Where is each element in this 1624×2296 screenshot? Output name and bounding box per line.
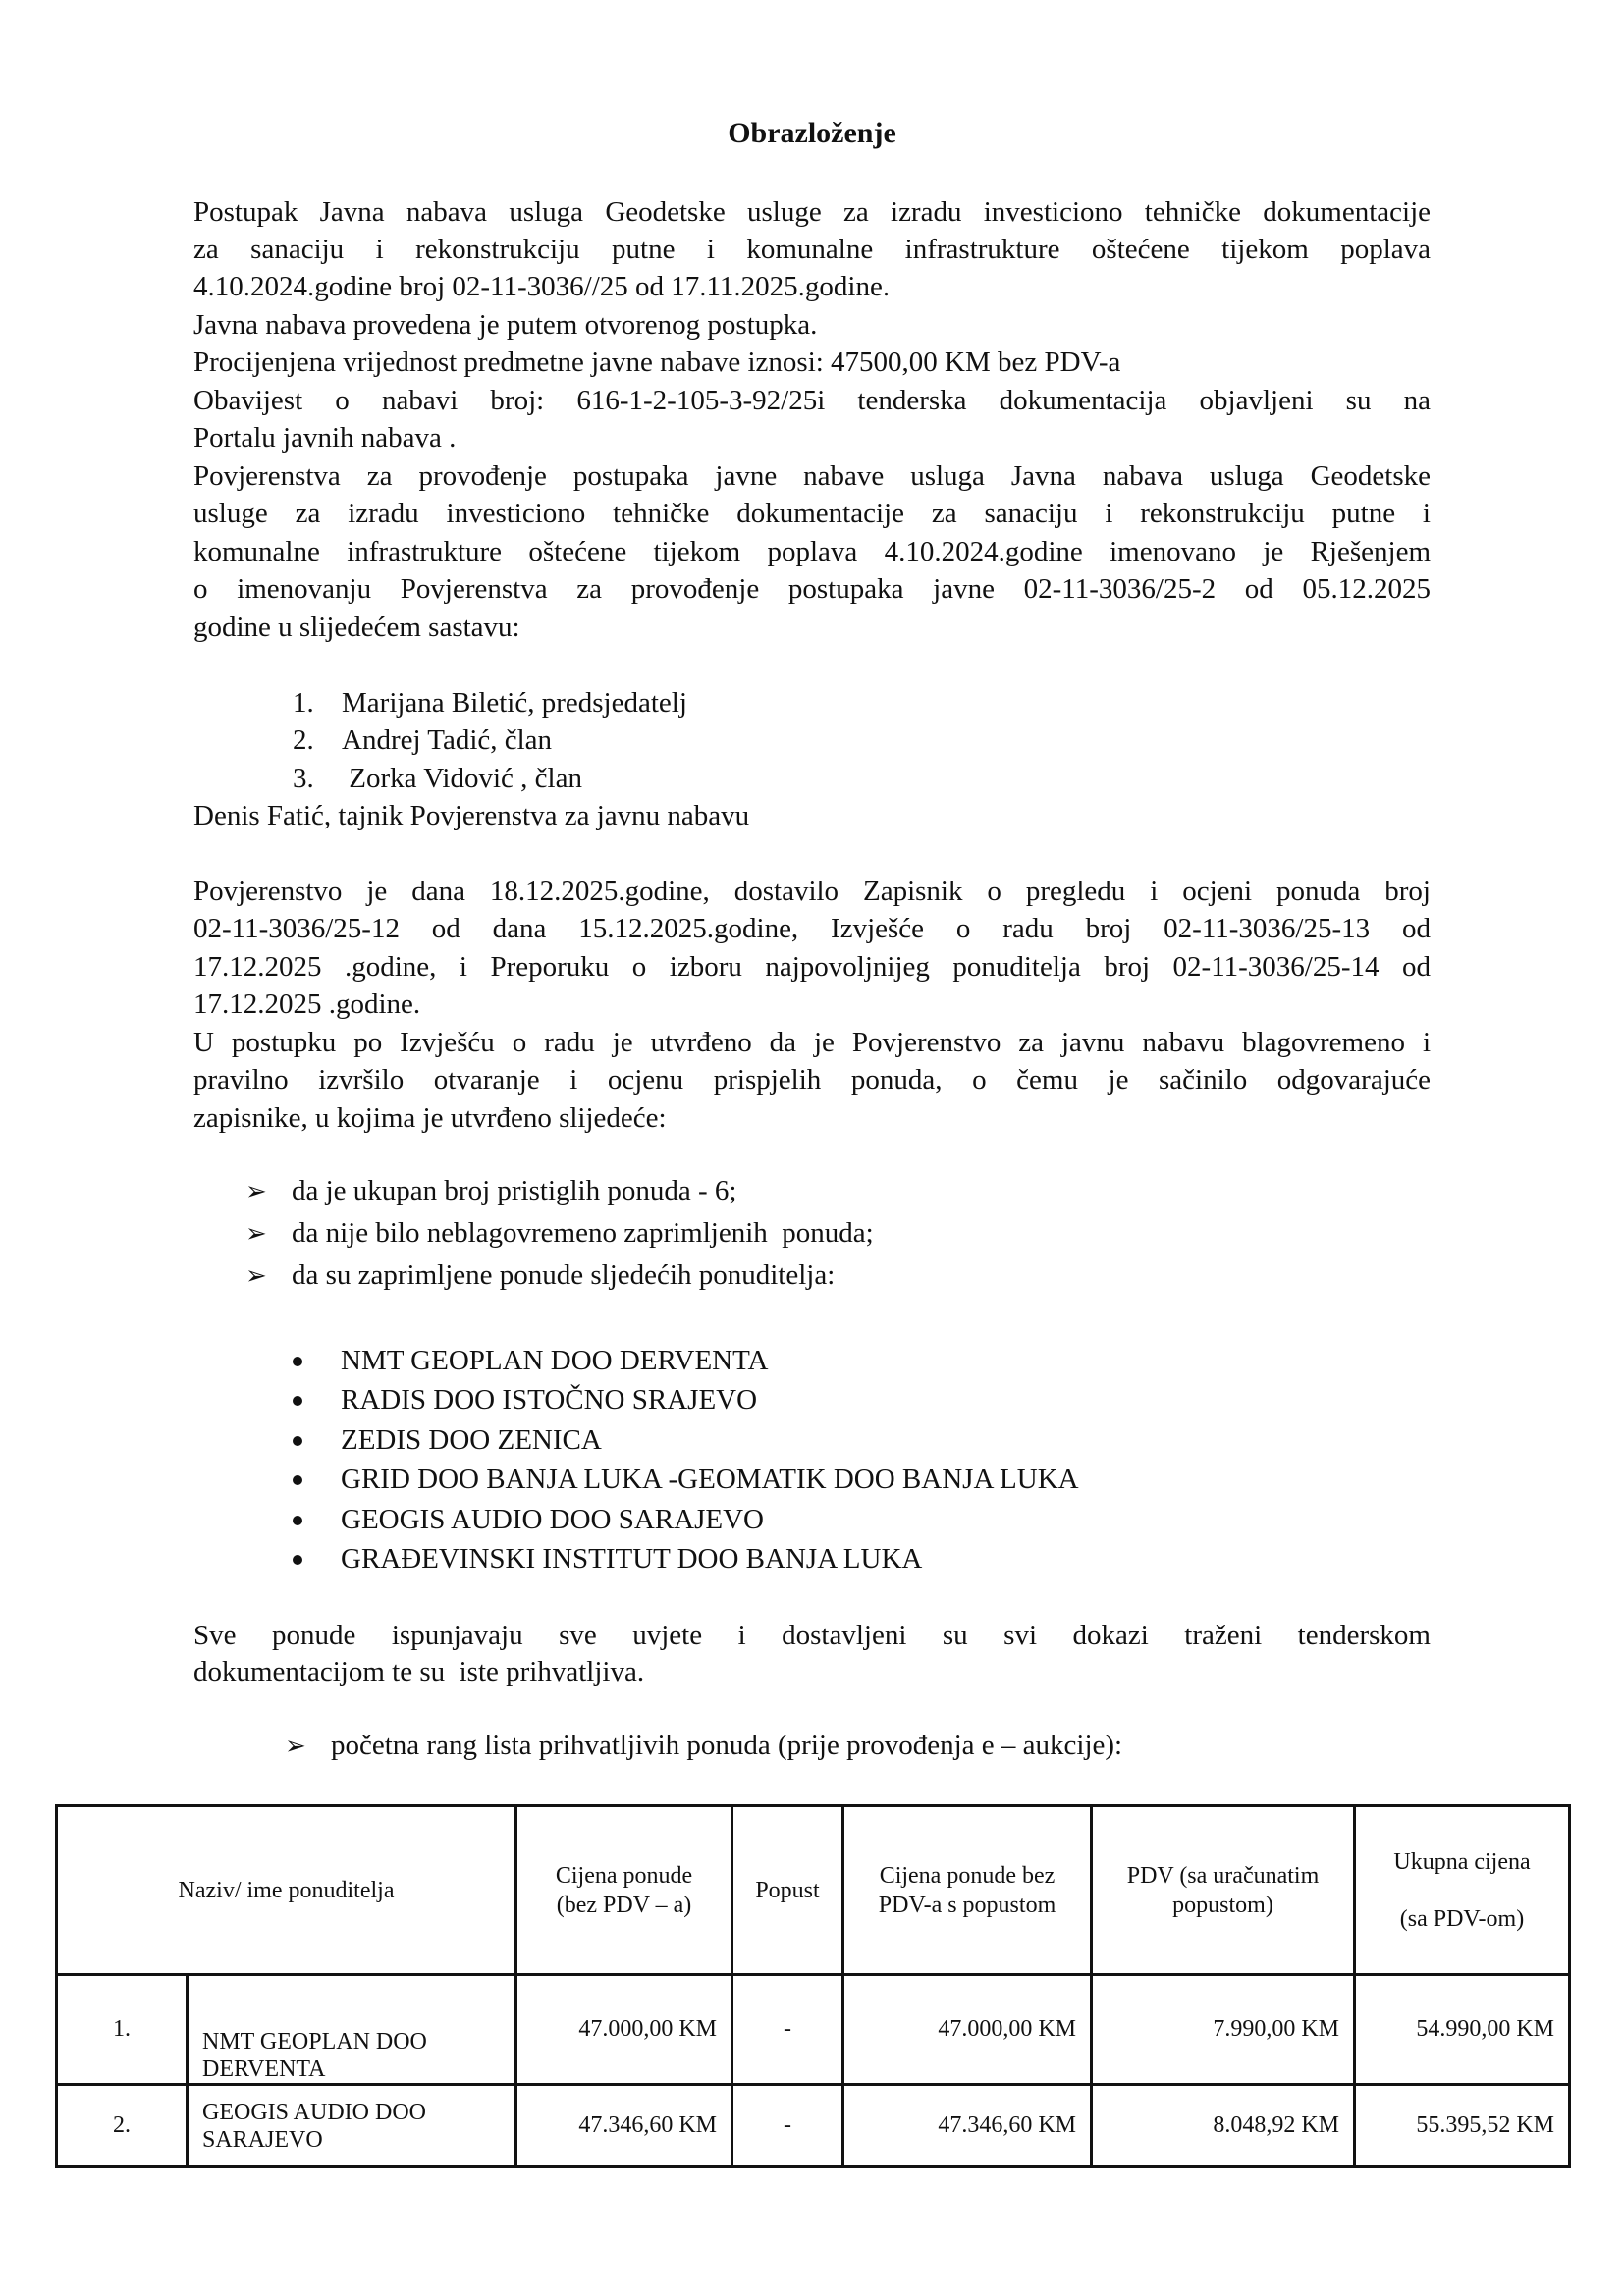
intro-line: Postupak Javna nabava usluga Geodetske u… <box>193 195 1431 229</box>
rank-cell: 1. <box>57 1975 188 2085</box>
header-vat-line1: PDV (sa uračunatim <box>1093 1861 1353 1891</box>
bidder-item: RADIS DOO ISTOČNO SRAJEVO <box>341 1383 757 1416</box>
report-line: zapisnike, u kojima je utvrđeno slijedeć… <box>193 1101 667 1135</box>
bidder-name-cell: GEOGIS AUDIO DOO SARAJEVO <box>188 2085 516 2167</box>
bidder-name-line1: GEOGIS AUDIO DOO <box>202 2099 514 2126</box>
document-page: Obrazloženje Postupak Javna nabava uslug… <box>0 0 1624 2296</box>
committee-member: Marijana Biletić, predsjedatelj <box>342 686 687 720</box>
header-discounted-price: Cijena ponude bez PDV-a s popustom <box>843 1806 1092 1975</box>
list-number: 3. <box>293 762 314 795</box>
bullet-icon <box>293 1357 302 1366</box>
acceptance-line: dokumentacijom te su iste prihvatljiva. <box>193 1655 644 1688</box>
discounted-price-cell: 47.000,00 KM <box>843 1975 1092 2085</box>
intro-line: Portalu javnih nabava . <box>193 421 456 454</box>
header-price-line2: (bez PDV – a) <box>517 1891 731 1920</box>
intro-line: Procijenjena vrijednost predmetne javne … <box>193 346 1120 379</box>
intro-line: 4.10.2024.godine broj 02-11-3036//25 od … <box>193 270 890 303</box>
bidder-item: GRID DOO BANJA LUKA -GEOMATIK DOO BANJA … <box>341 1463 1079 1496</box>
total-cell: 55.395,52 KM <box>1355 2085 1570 2167</box>
bidder-item: NMT GEOPLAN DOO DERVENTA <box>341 1344 768 1377</box>
acceptance-line: Sve ponude ispunjavaju sve uvjete i dost… <box>193 1619 1431 1652</box>
bidder-item: GEOGIS AUDIO DOO SARAJEVO <box>341 1503 764 1536</box>
intro-line: komunalne infrastrukture oštećene tijeko… <box>193 535 1431 568</box>
header-name: Naziv/ ime ponuditelja <box>57 1806 516 1975</box>
intro-line: godine u slijedećem sastavu: <box>193 611 520 644</box>
arrow-bullet-icon: ➢ <box>245 1217 267 1251</box>
report-line: U postupku po Izvješću o radu je utvrđen… <box>193 1026 1431 1059</box>
header-total: Ukupna cijena (sa PDV-om) <box>1355 1806 1570 1975</box>
table-row: 1. NMT GEOPLAN DOO DERVENTA 47.000,00 KM… <box>57 1975 1570 2085</box>
intro-line: usluge za izradu investiciono tehničke d… <box>193 497 1431 530</box>
intro-line: Povjerenstva za provođenje postupaka jav… <box>193 459 1431 493</box>
discount-cell: - <box>732 1975 843 2085</box>
bullet-icon <box>293 1436 302 1446</box>
bullet-icon <box>293 1396 302 1406</box>
bidder-name-line2: DERVENTA <box>202 2056 514 2083</box>
bidder-item: GRAĐEVINSKI INSTITUT DOO BANJA LUKA <box>341 1542 922 1575</box>
report-line: pravilno izvršilo otvaranje i ocjenu pri… <box>193 1063 1431 1096</box>
header-price-line1: Cijena ponude <box>517 1861 731 1891</box>
committee-member: Zorka Vidović , član <box>342 762 582 795</box>
header-discounted-line1: Cijena ponude bez <box>844 1861 1090 1891</box>
header-discount: Popust <box>732 1806 843 1975</box>
header-discounted-line2: PDV-a s popustom <box>844 1891 1090 1920</box>
intro-line: Javna nabava provedena je putem otvoreno… <box>193 308 817 342</box>
total-cell: 54.990,00 KM <box>1355 1975 1570 2085</box>
table-row: 2. GEOGIS AUDIO DOO SARAJEVO 47.346,60 K… <box>57 2085 1570 2167</box>
report-line: 17.12.2025 .godine. <box>193 988 420 1021</box>
list-number: 1. <box>293 686 314 720</box>
ranking-heading: početna rang lista prihvatljivih ponuda … <box>331 1729 1122 1762</box>
price-cell: 47.000,00 KM <box>516 1975 732 2085</box>
report-line: Povjerenstvo je dana 18.12.2025.godine, … <box>193 875 1431 908</box>
report-line: 02-11-3036/25-12 od dana 15.12.2025.godi… <box>193 912 1431 945</box>
intro-line: o imenovanju Povjerenstva za provođenje … <box>193 572 1431 606</box>
list-number: 2. <box>293 723 314 757</box>
price-cell: 47.346,60 KM <box>516 2085 732 2167</box>
vat-cell: 8.048,92 KM <box>1092 2085 1355 2167</box>
arrow-bullet-icon: ➢ <box>285 1730 306 1763</box>
document-title: Obrazloženje <box>0 116 1624 151</box>
secretary-line: Denis Fatić, tajnik Povjerenstva za javn… <box>193 799 749 832</box>
bidder-item: ZEDIS DOO ZENICA <box>341 1423 602 1457</box>
header-vat: PDV (sa uračunatim popustom) <box>1092 1806 1355 1975</box>
vat-cell: 7.990,00 KM <box>1092 1975 1355 2085</box>
discounted-price-cell: 47.346,60 KM <box>843 2085 1092 2167</box>
bidder-name-line1: NMT GEOPLAN DOO <box>202 2028 514 2056</box>
header-vat-line2: popustom) <box>1093 1891 1353 1920</box>
header-name-label: Naziv/ ime ponuditelja <box>179 1878 395 1903</box>
finding-item: da su zaprimljene ponude sljedećih ponud… <box>292 1258 835 1292</box>
header-total-line2: (sa PDV-om) <box>1356 1904 1568 1934</box>
bidder-name-cell: NMT GEOPLAN DOO DERVENTA <box>188 1975 516 2085</box>
bullet-icon <box>293 1516 302 1525</box>
bullet-icon <box>293 1475 302 1485</box>
committee-member: Andrej Tadić, član <box>342 723 552 757</box>
bidder-name-line2: SARAJEVO <box>202 2126 514 2154</box>
header-total-line1: Ukupna cijena <box>1356 1847 1568 1877</box>
finding-item: da je ukupan broj pristiglih ponuda - 6; <box>292 1174 736 1207</box>
report-line: 17.12.2025 .godine, i Preporuku o izboru… <box>193 950 1431 984</box>
arrow-bullet-icon: ➢ <box>245 1259 267 1293</box>
bullet-icon <box>293 1555 302 1565</box>
header-discount-label: Popust <box>755 1878 819 1903</box>
ranking-table: Naziv/ ime ponuditelja Cijena ponude (be… <box>55 1804 1571 2168</box>
table-header-row: Naziv/ ime ponuditelja Cijena ponude (be… <box>57 1806 1570 1975</box>
intro-line: za sanaciju i rekonstrukciju putne i kom… <box>193 233 1431 266</box>
rank-cell: 2. <box>57 2085 188 2167</box>
arrow-bullet-icon: ➢ <box>245 1175 267 1208</box>
discount-cell: - <box>732 2085 843 2167</box>
header-price: Cijena ponude (bez PDV – a) <box>516 1806 732 1975</box>
finding-item: da nije bilo neblagovremeno zaprimljenih… <box>292 1216 874 1250</box>
intro-line: Obavijest o nabavi broj: 616-1-2-105-3-9… <box>193 384 1431 417</box>
